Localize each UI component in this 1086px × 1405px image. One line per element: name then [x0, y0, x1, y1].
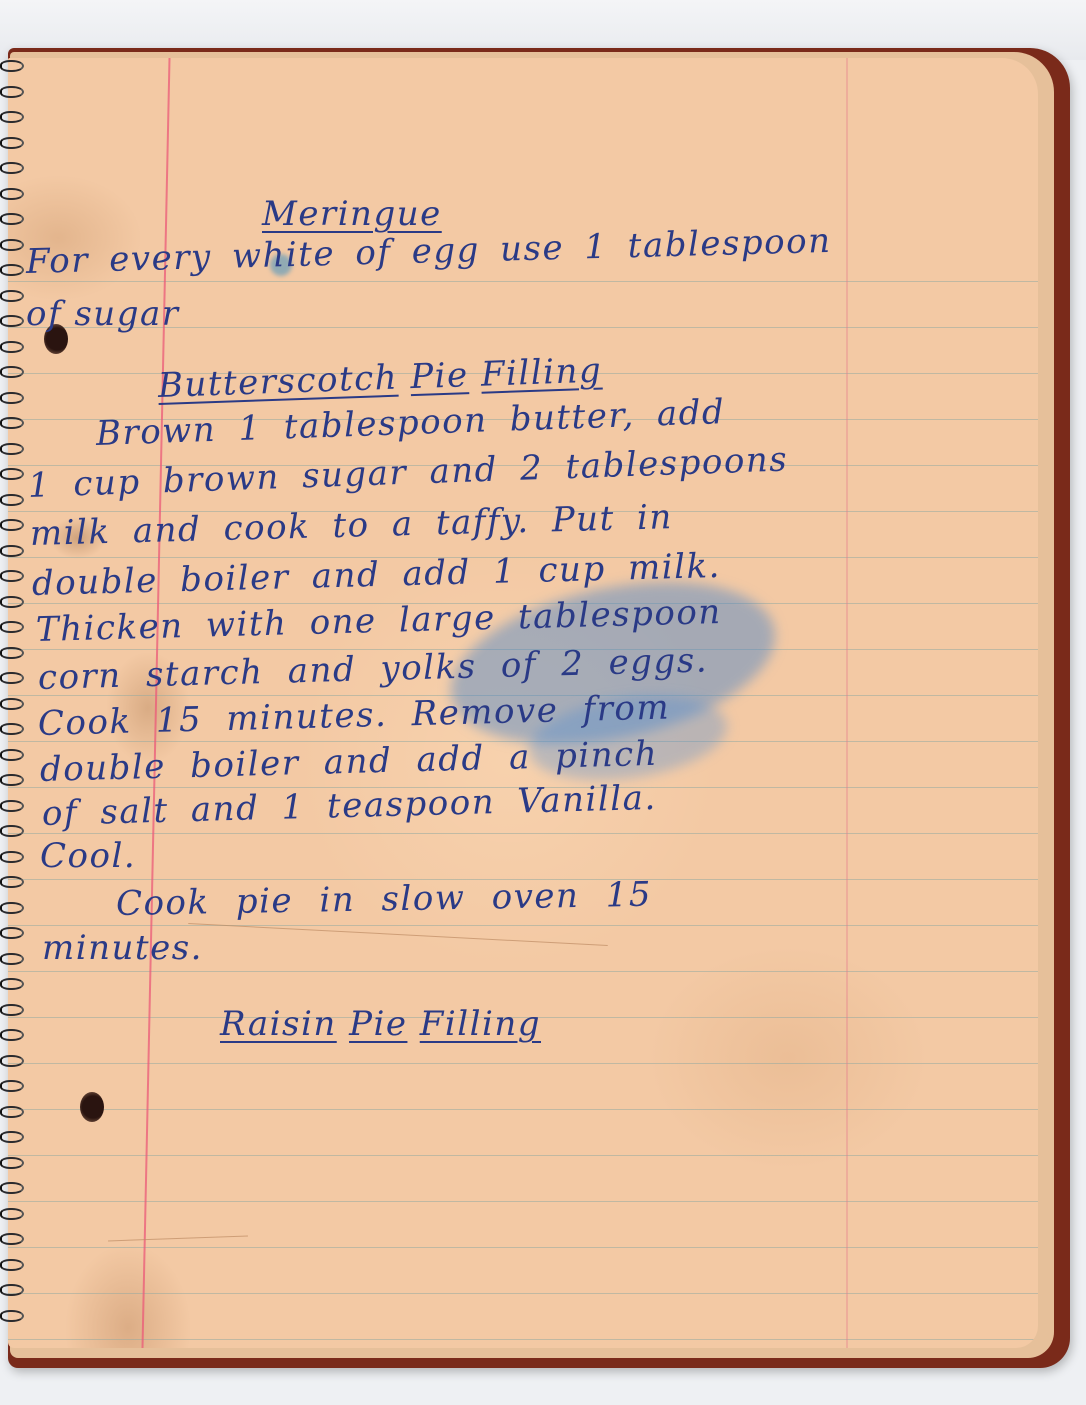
- recipe-line: Cool.: [40, 836, 136, 876]
- handwritten-content: Meringue For every white of egg use 1 ta…: [8, 58, 1038, 1348]
- recipe-line: of sugar: [26, 294, 180, 334]
- spiral-coil: [0, 1157, 24, 1169]
- spiral-coil: [0, 1310, 24, 1322]
- spiral-coil: [0, 264, 24, 276]
- spiral-coil: [0, 647, 24, 659]
- spiral-coil: [0, 723, 24, 735]
- spiral-coil: [0, 1004, 24, 1016]
- spiral-coil: [0, 1233, 24, 1245]
- spiral-coil: [0, 621, 24, 633]
- spiral-coil: [0, 494, 24, 506]
- spiral-coil: [0, 1080, 24, 1092]
- spiral-coil: [0, 1055, 24, 1067]
- spiral-coil: [0, 86, 24, 98]
- spiral-coil: [0, 519, 24, 531]
- spiral-coil: [0, 1106, 24, 1118]
- title-word: Pie: [410, 355, 470, 397]
- spiral-coil: [0, 468, 24, 480]
- spiral-coil: [0, 366, 24, 378]
- spiral-coil: [0, 341, 24, 353]
- spiral-coil: [0, 876, 24, 888]
- spiral-coil: [0, 596, 24, 608]
- spiral-coil: [0, 902, 24, 914]
- spiral-coil: [0, 698, 24, 710]
- spiral-coil: [0, 137, 24, 149]
- spiral-coil: [0, 443, 24, 455]
- spiral-coil: [0, 213, 24, 225]
- spiral-binding: [0, 60, 22, 1360]
- spiral-coil: [0, 774, 24, 786]
- spiral-coil: [0, 1182, 24, 1194]
- recipe-line: minutes.: [42, 928, 203, 968]
- title-word: Filling: [480, 351, 603, 395]
- spiral-coil: [0, 188, 24, 200]
- spiral-coil: [0, 162, 24, 174]
- title-word: Raisin: [220, 1004, 337, 1044]
- recipe-title-meringue: Meringue: [262, 194, 442, 234]
- title-word: Butterscotch: [157, 358, 398, 406]
- spiral-coil: [0, 1131, 24, 1143]
- spiral-coil: [0, 1284, 24, 1296]
- spiral-coil: [0, 1259, 24, 1271]
- spiral-coil: [0, 1208, 24, 1220]
- spiral-coil: [0, 825, 24, 837]
- spiral-coil: [0, 851, 24, 863]
- spiral-coil: [0, 60, 24, 72]
- spiral-coil: [0, 570, 24, 582]
- notebook-page: Meringue For every white of egg use 1 ta…: [8, 58, 1038, 1348]
- spiral-coil: [0, 315, 24, 327]
- spiral-coil: [0, 1029, 24, 1041]
- spiral-coil: [0, 953, 24, 965]
- spiral-coil: [0, 800, 24, 812]
- recipe-line: Cook pie in slow oven 15: [116, 875, 653, 924]
- spiral-coil: [0, 978, 24, 990]
- recipe-title-raisin: Raisin Pie Filling: [220, 1004, 541, 1044]
- title-word: Filling: [420, 1004, 541, 1044]
- spiral-coil: [0, 545, 24, 557]
- spiral-coil: [0, 749, 24, 761]
- spiral-coil: [0, 672, 24, 684]
- spiral-coil: [0, 290, 24, 302]
- spiral-coil: [0, 239, 24, 251]
- title-word: Pie: [349, 1004, 407, 1044]
- spiral-coil: [0, 111, 24, 123]
- spiral-coil: [0, 417, 24, 429]
- spiral-coil: [0, 392, 24, 404]
- recipe-line: milk and cook to a taffy. Put in: [29, 497, 673, 554]
- spiral-coil: [0, 927, 24, 939]
